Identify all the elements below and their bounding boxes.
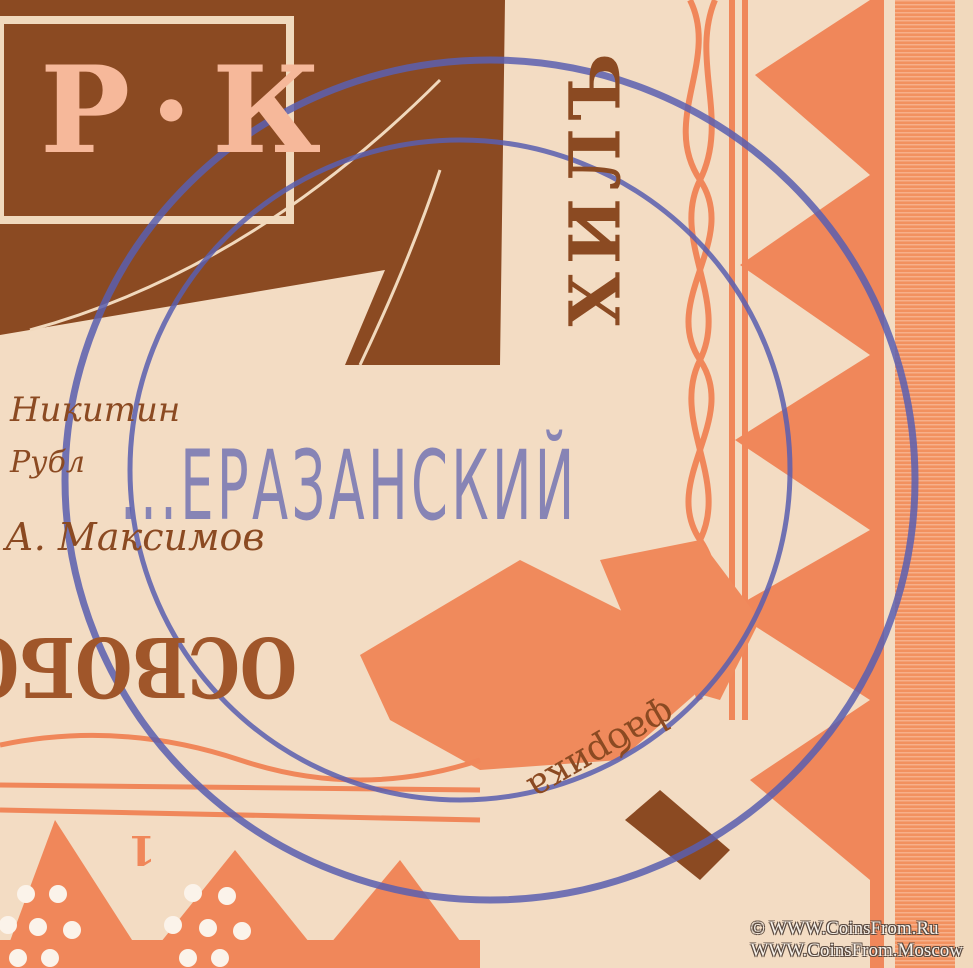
corner-letters: Р·К	[40, 40, 341, 181]
zigzag-border	[730, 0, 884, 968]
watermark-line-1: © WWW.CoinsFrom.Ru	[750, 918, 963, 940]
vertical-word: ХИЛЪ	[554, 97, 637, 327]
stamp-text: ...ЕРАЗАНСКИЙ	[120, 430, 578, 542]
signature-1: Никитин	[10, 390, 180, 430]
banknote-scan: Р·К ХИЛЪ Никитин Рубл А. Максимов ...ЕРА…	[0, 0, 973, 968]
worker-emblem	[360, 540, 760, 770]
inverted-word: ОСВОБО	[33, 618, 297, 714]
lower-band	[0, 735, 480, 820]
watermark-line-2: WWW.CoinsFrom.Moscow	[750, 940, 963, 962]
signature-2: Рубл	[10, 445, 85, 480]
small-numeral: 1	[128, 826, 156, 873]
hatched-border	[895, 0, 955, 968]
watermark: © WWW.CoinsFrom.Ru WWW.CoinsFrom.Moscow	[750, 918, 963, 962]
